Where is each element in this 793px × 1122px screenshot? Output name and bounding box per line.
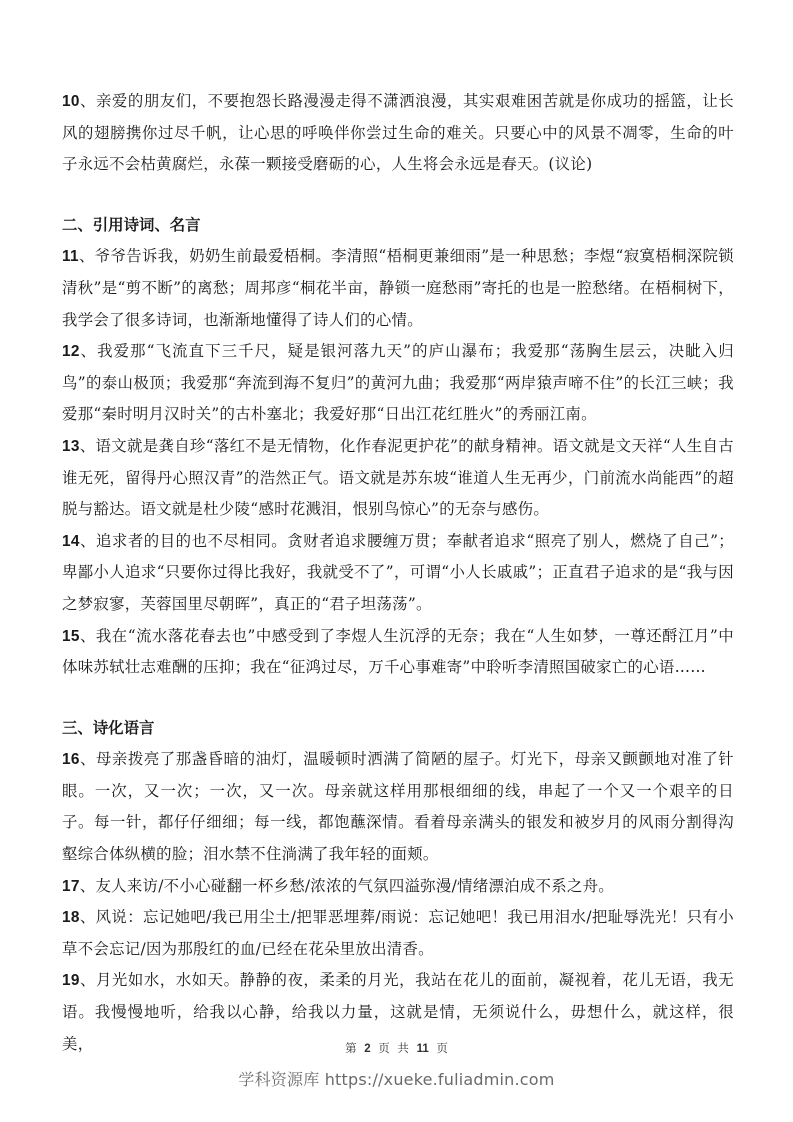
section-heading: 三、诗化语言 xyxy=(62,713,734,745)
paragraph-number: 10 xyxy=(62,93,80,110)
paragraph-number: 14 xyxy=(62,533,80,550)
paragraph-text: 亲爱的朋友们，不要抱怨长路漫漫走得不潇洒浪漫，其实艰难困苦就是你成功的摇篮，让长… xyxy=(62,92,734,173)
paragraph-text: 追求者的目的也不尽相同。贪财者追求腰缠万贯；奉献者追求“照亮了别人，燃烧了自己”… xyxy=(62,532,734,613)
paragraph-text: 风说：忘记她吧/我已用尘土/把罪恶埋葬/雨说：忘记她吧！我已用泪水/把耻辱洗光！… xyxy=(62,908,734,958)
paragraph-18: 18、风说：忘记她吧/我已用尘土/把罪恶埋葬/雨说：忘记她吧！我已用泪水/把耻辱… xyxy=(62,902,734,965)
current-page-number: 2 xyxy=(364,1043,370,1055)
paragraph-number: 15 xyxy=(62,628,80,645)
number-separator: 、 xyxy=(80,971,96,989)
number-separator: 、 xyxy=(80,437,96,455)
section-heading: 二、引用诗词、名言 xyxy=(62,210,734,242)
paragraph-text: 我在“流水落花春去也”中感受到了李煜人生沉浮的无奈；我在“人生如梦，一尊还酹江月… xyxy=(62,627,734,677)
watermark-source: 学科资源库 https://xueke.fuliadmin.com xyxy=(0,1067,793,1090)
paragraph-text: 语文就是龚自珍“落红不是无情物，化作春泥更护花”的献身精神。语文就是文天祥“人生… xyxy=(62,437,734,518)
paragraph-text: 爷爷告诉我，奶奶生前最爱梧桐。李清照“梧桐更兼细雨”是一种思愁；李煜“寂寞梧桐深… xyxy=(62,247,734,328)
page-number-footer: 第 2 页 共 11 页 xyxy=(0,1040,793,1056)
paragraph-17: 17、友人来访/不小心碰翻一杯乡愁/浓浓的气氛四溢弥漫/情绪漂泊成不系之舟。 xyxy=(62,871,734,903)
paragraph-14: 14、追求者的目的也不尽相同。贪财者追求腰缠万贯；奉献者追求“照亮了别人，燃烧了… xyxy=(62,526,734,621)
paragraph-number: 13 xyxy=(62,438,80,455)
number-separator: 、 xyxy=(80,532,96,550)
paragraph-number: 17 xyxy=(62,878,80,895)
paragraph-number: 12 xyxy=(62,343,80,360)
number-separator: 、 xyxy=(80,627,96,645)
paragraph-16: 16、母亲拨亮了那盏昏暗的油灯，温暖顿时洒满了简陋的屋子。灯光下，母亲又颤颤地对… xyxy=(62,744,734,870)
paragraph-text: 友人来访/不小心碰翻一杯乡愁/浓浓的气氛四溢弥漫/情绪漂泊成不系之舟。 xyxy=(95,877,614,895)
paragraph-number: 16 xyxy=(62,751,80,768)
number-separator: 、 xyxy=(80,750,96,768)
paragraph-15: 15、我在“流水落花春去也”中感受到了李煜人生沉浮的无奈；我在“人生如梦，一尊还… xyxy=(62,621,734,684)
paragraph-12: 12、我爱那“飞流直下三千尺，疑是银河落九天”的庐山瀑布；我爱那“荡胸生层云，决… xyxy=(62,336,734,431)
paragraph-text: 我爱那“飞流直下三千尺，疑是银河落九天”的庐山瀑布；我爱那“荡胸生层云，决眦入归… xyxy=(62,342,734,423)
number-separator: 、 xyxy=(79,247,95,265)
page-middle: 页 共 xyxy=(378,1041,409,1055)
paragraph-number: 18 xyxy=(62,909,80,926)
paragraph-number: 19 xyxy=(62,972,80,989)
paragraph-11: 11、爷爷告诉我，奶奶生前最爱梧桐。李清照“梧桐更兼细雨”是一种思愁；李煜“寂寞… xyxy=(62,241,734,336)
number-separator: 、 xyxy=(80,877,96,895)
paragraph-10: 10、亲爱的朋友们，不要抱怨长路漫漫走得不潇洒浪漫，其实艰难困苦就是你成功的摇篮… xyxy=(62,86,734,181)
paragraph-number: 11 xyxy=(62,248,79,265)
total-page-count: 11 xyxy=(417,1043,429,1055)
section-quotations: 二、引用诗词、名言 11、爷爷告诉我，奶奶生前最爱梧桐。李清照“梧桐更兼细雨”是… xyxy=(62,210,734,684)
section-poetic-language: 三、诗化语言 16、母亲拨亮了那盏昏暗的油灯，温暖顿时洒满了简陋的屋子。灯光下，… xyxy=(62,713,734,1061)
document-page: 10、亲爱的朋友们，不要抱怨长路漫漫走得不潇洒浪漫，其实艰难困苦就是你成功的摇篮… xyxy=(62,86,734,1060)
page-suffix: 页 xyxy=(436,1041,448,1055)
number-separator: 、 xyxy=(80,92,96,110)
paragraph-13: 13、语文就是龚自珍“落红不是无情物，化作春泥更护花”的献身精神。语文就是文天祥… xyxy=(62,431,734,526)
number-separator: 、 xyxy=(80,342,97,360)
number-separator: 、 xyxy=(80,908,96,926)
page-prefix: 第 xyxy=(345,1041,357,1055)
paragraph-text: 母亲拨亮了那盏昏暗的油灯，温暖顿时洒满了简陋的屋子。灯光下，母亲又颤颤地对准了针… xyxy=(62,750,734,863)
section-continuation: 10、亲爱的朋友们，不要抱怨长路漫漫走得不潇洒浪漫，其实艰难困苦就是你成功的摇篮… xyxy=(62,86,734,181)
